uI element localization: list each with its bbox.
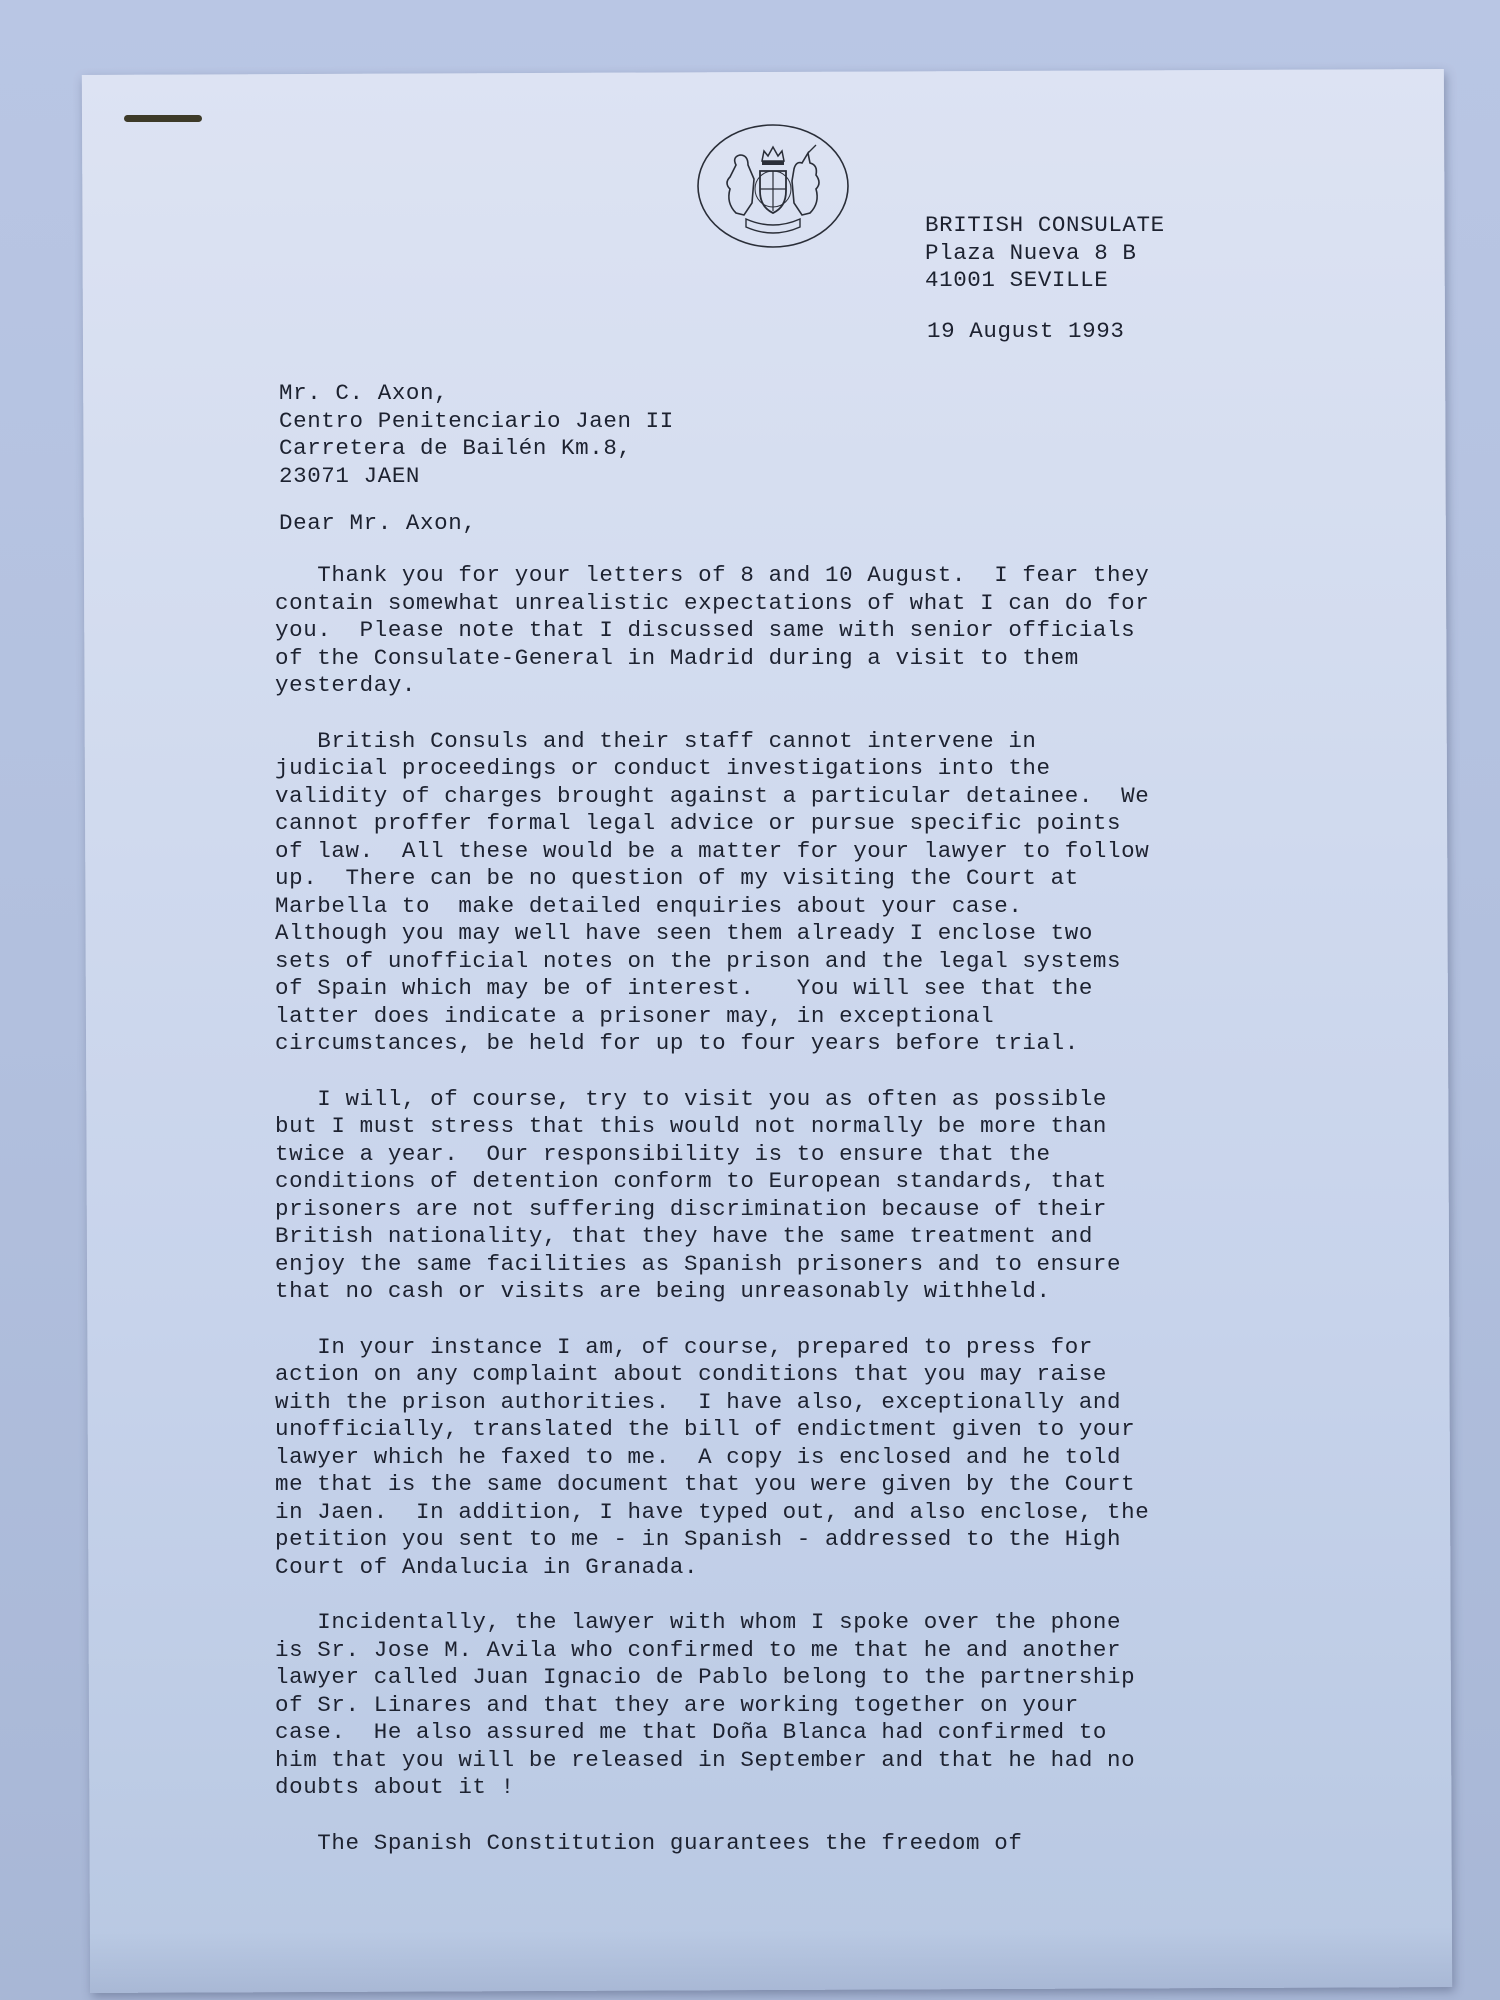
text-line: In your instance I am, of course, prepar… xyxy=(275,1334,1335,1362)
text-line: Marbella to make detailed enquiries abou… xyxy=(275,893,1335,921)
text-line: Incidentally, the lawyer with whom I spo… xyxy=(275,1609,1335,1637)
text-line: Although you may well have seen them alr… xyxy=(275,920,1335,948)
text-line: Court of Andalucia in Granada. xyxy=(275,1554,1335,1582)
text-line: with the prison authorities. I have also… xyxy=(275,1389,1335,1417)
text-line: British nationality, that they have the … xyxy=(275,1223,1335,1251)
recipient-address: Mr. C. Axon, Centro Penitenciario Jaen I… xyxy=(279,380,674,490)
text-line: me that is the same document that you we… xyxy=(275,1471,1335,1499)
text-line: judicial proceedings or conduct investig… xyxy=(275,755,1335,783)
text-line: of Spain which may be of interest. You w… xyxy=(275,975,1335,1003)
text-line: validity of charges brought against a pa… xyxy=(275,783,1335,811)
staple-mark xyxy=(124,115,202,122)
sender-line: BRITISH CONSULATE xyxy=(925,212,1165,238)
recipient-line: Centro Penitenciario Jaen II xyxy=(279,408,674,434)
text-line: that no cash or visits are being unreaso… xyxy=(275,1278,1335,1306)
body-paragraph: Thank you for your letters of 8 and 10 A… xyxy=(275,562,1335,700)
text-line: twice a year. Our responsibility is to e… xyxy=(275,1141,1335,1169)
text-line: Thank you for your letters of 8 and 10 A… xyxy=(275,562,1335,590)
text-line: prisoners are not suffering discriminati… xyxy=(275,1196,1335,1224)
text-line: action on any complaint about conditions… xyxy=(275,1361,1335,1389)
text-line: circumstances, be held for up to four ye… xyxy=(275,1030,1335,1058)
text-line: but I must stress that this would not no… xyxy=(275,1113,1335,1141)
text-line: petition you sent to me - in Spanish - a… xyxy=(275,1526,1335,1554)
body-paragraph: Incidentally, the lawyer with whom I spo… xyxy=(275,1609,1335,1802)
text-line: of the Consulate-General in Madrid durin… xyxy=(275,645,1335,673)
text-line: contain somewhat unrealistic expectation… xyxy=(275,590,1335,618)
text-line: cannot proffer formal legal advice or pu… xyxy=(275,810,1335,838)
text-line: him that you will be released in Septemb… xyxy=(275,1747,1335,1775)
text-line: conditions of detention conform to Europ… xyxy=(275,1168,1335,1196)
letter-date: 19 August 1993 xyxy=(927,318,1124,346)
text-line: is Sr. Jose M. Avila who confirmed to me… xyxy=(275,1637,1335,1665)
text-line: The Spanish Constitution guarantees the … xyxy=(275,1830,1335,1858)
text-line: sets of unofficial notes on the prison a… xyxy=(275,948,1335,976)
text-line: of law. All these would be a matter for … xyxy=(275,838,1335,866)
text-line: I will, of course, try to visit you as o… xyxy=(275,1086,1335,1114)
text-line: lawyer which he faxed to me. A copy is e… xyxy=(275,1444,1335,1472)
text-line: of Sr. Linares and that they are working… xyxy=(275,1692,1335,1720)
text-line: latter does indicate a prisoner may, in … xyxy=(275,1003,1335,1031)
text-line: enjoy the same facilities as Spanish pri… xyxy=(275,1251,1335,1279)
body-paragraph: British Consuls and their staff cannot i… xyxy=(275,728,1335,1058)
recipient-line: Carretera de Bailén Km.8, xyxy=(279,435,632,461)
sender-line: Plaza Nueva 8 B xyxy=(925,240,1137,266)
body-paragraph: In your instance I am, of course, prepar… xyxy=(275,1334,1335,1582)
body-paragraph: I will, of course, try to visit you as o… xyxy=(275,1086,1335,1306)
text-line: unofficially, translated the bill of end… xyxy=(275,1416,1335,1444)
text-line: in Jaen. In addition, I have typed out, … xyxy=(275,1499,1335,1527)
text-line: case. He also assured me that Doña Blanc… xyxy=(275,1719,1335,1747)
body-paragraph: The Spanish Constitution guarantees the … xyxy=(275,1830,1335,1858)
text-line: yesterday. xyxy=(275,672,1335,700)
recipient-line: Mr. C. Axon, xyxy=(279,380,448,406)
text-line: doubts about it ! xyxy=(275,1774,1335,1802)
text-line: British Consuls and their staff cannot i… xyxy=(275,728,1335,756)
text-line: lawyer called Juan Ignacio de Pablo belo… xyxy=(275,1664,1335,1692)
sender-address: BRITISH CONSULATE Plaza Nueva 8 B 41001 … xyxy=(925,212,1165,295)
sender-line: 41001 SEVILLE xyxy=(925,267,1108,293)
salutation: Dear Mr. Axon, xyxy=(279,510,476,538)
text-line: up. There can be no question of my visit… xyxy=(275,865,1335,893)
text-line: you. Please note that I discussed same w… xyxy=(275,617,1335,645)
recipient-line: 23071 JAEN xyxy=(279,463,420,489)
royal-coat-of-arms-icon xyxy=(696,123,850,249)
letter-body: Thank you for your letters of 8 and 10 A… xyxy=(275,562,1335,1885)
